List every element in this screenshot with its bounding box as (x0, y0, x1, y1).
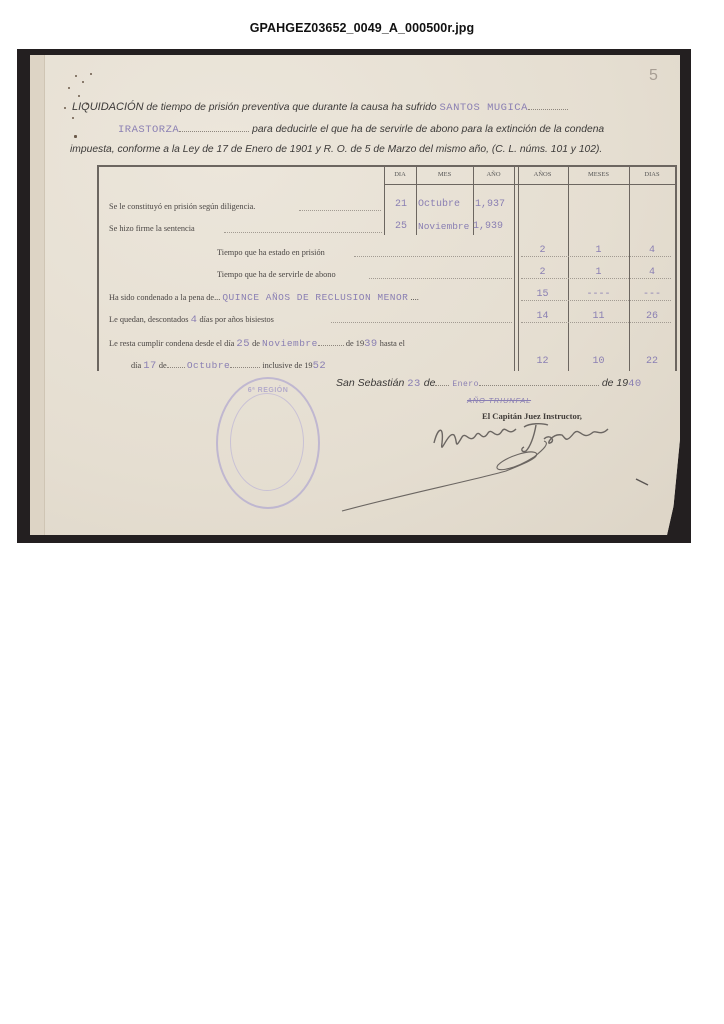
cell-constituyo-anio: 1,937 (475, 199, 519, 210)
prisoner-name: SANTOS MUGICA (439, 102, 527, 114)
from-year: 39 (364, 338, 378, 350)
place-and-date: San Sebastián 23 de Enero de 1940 (336, 377, 642, 390)
header-line-2-text: para deducirle el que ha de servirle de … (252, 124, 604, 135)
to-month: Octubre (187, 360, 230, 371)
cell-condenado-dias: --- (629, 289, 675, 300)
row-label-resta: Le resta cumplir condena desde el día 25… (109, 337, 405, 350)
cell-quedan-dias: 26 (629, 311, 675, 322)
official-seal: 6ª REGIÓN (216, 377, 320, 509)
liquidation-table: DIA MES AÑO AÑOS MESES DIAS Se le consti… (97, 165, 677, 371)
cell-abono-anos: 2 (517, 267, 568, 278)
cell-estado-dias: 4 (629, 245, 675, 256)
row-label-constituyo: Se le constituyó en prisión según dilige… (109, 202, 255, 211)
row-label-estado: Tiempo que ha estado en prisión (217, 248, 325, 257)
cell-firme-mes: Noviembre (418, 221, 474, 232)
date-year: 40 (628, 378, 642, 390)
handwritten-signature (330, 413, 660, 523)
page-number: 5 (649, 67, 658, 85)
header-line-2: IRASTORZA para deducirle el que ha de se… (118, 123, 604, 136)
from-day: 25 (236, 338, 250, 350)
cell-resta-dias: 22 (629, 356, 675, 367)
header-line-3: impuesta, conforme a la Ley de 17 de Ene… (70, 144, 602, 155)
row-label-quedan: Le quedan, descontados 4 días por años b… (109, 314, 274, 326)
cell-abono-dias: 4 (629, 267, 675, 278)
row-label-abono: Tiempo que ha de servirle de abono (217, 270, 336, 279)
col-header-dias: DIAS (629, 171, 675, 178)
place: San Sebastián (336, 377, 404, 389)
cell-constituyo-mes: Octubre (418, 199, 474, 210)
cell-condenado-meses: ---- (568, 289, 629, 300)
from-month: Noviembre (262, 338, 318, 349)
cell-firme-dia: 25 (387, 221, 415, 232)
col-header-anos: AÑOS (517, 171, 568, 178)
scanned-document-frame: 5 LIQUIDACIÓN de tiempo de prisión preve… (17, 49, 691, 543)
document-paper: 5 LIQUIDACIÓN de tiempo de prisión preve… (30, 55, 680, 535)
title-liquidacion: LIQUIDACIÓN (72, 101, 144, 113)
row-label-resta-2: día 17 de Octubre inclusive de 1952 (131, 359, 326, 372)
prisoner-surname: IRASTORZA (118, 124, 179, 136)
col-header-mes: MES (416, 171, 473, 178)
cell-estado-anos: 2 (517, 245, 568, 256)
cell-firme-anio: 1,939 (473, 221, 523, 232)
stamp-motto: AÑO TRIUNFAL (467, 396, 531, 405)
cell-resta-anos: 12 (517, 356, 568, 367)
cell-constituyo-dia: 21 (387, 199, 415, 210)
col-header-anio: AÑO (473, 171, 514, 178)
cell-quedan-meses: 11 (568, 311, 629, 322)
col-header-meses: MESES (568, 171, 629, 178)
date-day: 23 (407, 378, 421, 390)
header-line-1-text: de tiempo de prisión preventiva que dura… (144, 102, 437, 113)
cell-abono-meses: 1 (568, 267, 629, 278)
cell-resta-meses: 10 (568, 356, 629, 367)
binding-strip (30, 55, 45, 535)
cell-estado-meses: 1 (568, 245, 629, 256)
date-month: Enero (452, 380, 479, 389)
header-line-1: LIQUIDACIÓN de tiempo de prisión prevent… (72, 101, 568, 114)
file-title: GPAHGEZ03652_0049_A_000500r.jpg (0, 21, 724, 35)
header-underline (384, 184, 675, 185)
to-day: 17 (143, 360, 157, 372)
seal-inner-ring (230, 393, 304, 491)
cell-condenado-anos: 15 (517, 289, 568, 300)
col-header-dia: DIA (384, 171, 416, 178)
row-label-condenado: Ha sido condenado a la pena de... QUINCE… (109, 292, 419, 303)
sentence-text: QUINCE AÑOS DE RECLUSION MENOR (222, 292, 408, 303)
to-year: 52 (313, 360, 327, 372)
cell-quedan-anos: 14 (517, 311, 568, 322)
row-label-firme: Se hizo firme la sentencia (109, 224, 195, 233)
leap-days: 4 (191, 314, 198, 326)
